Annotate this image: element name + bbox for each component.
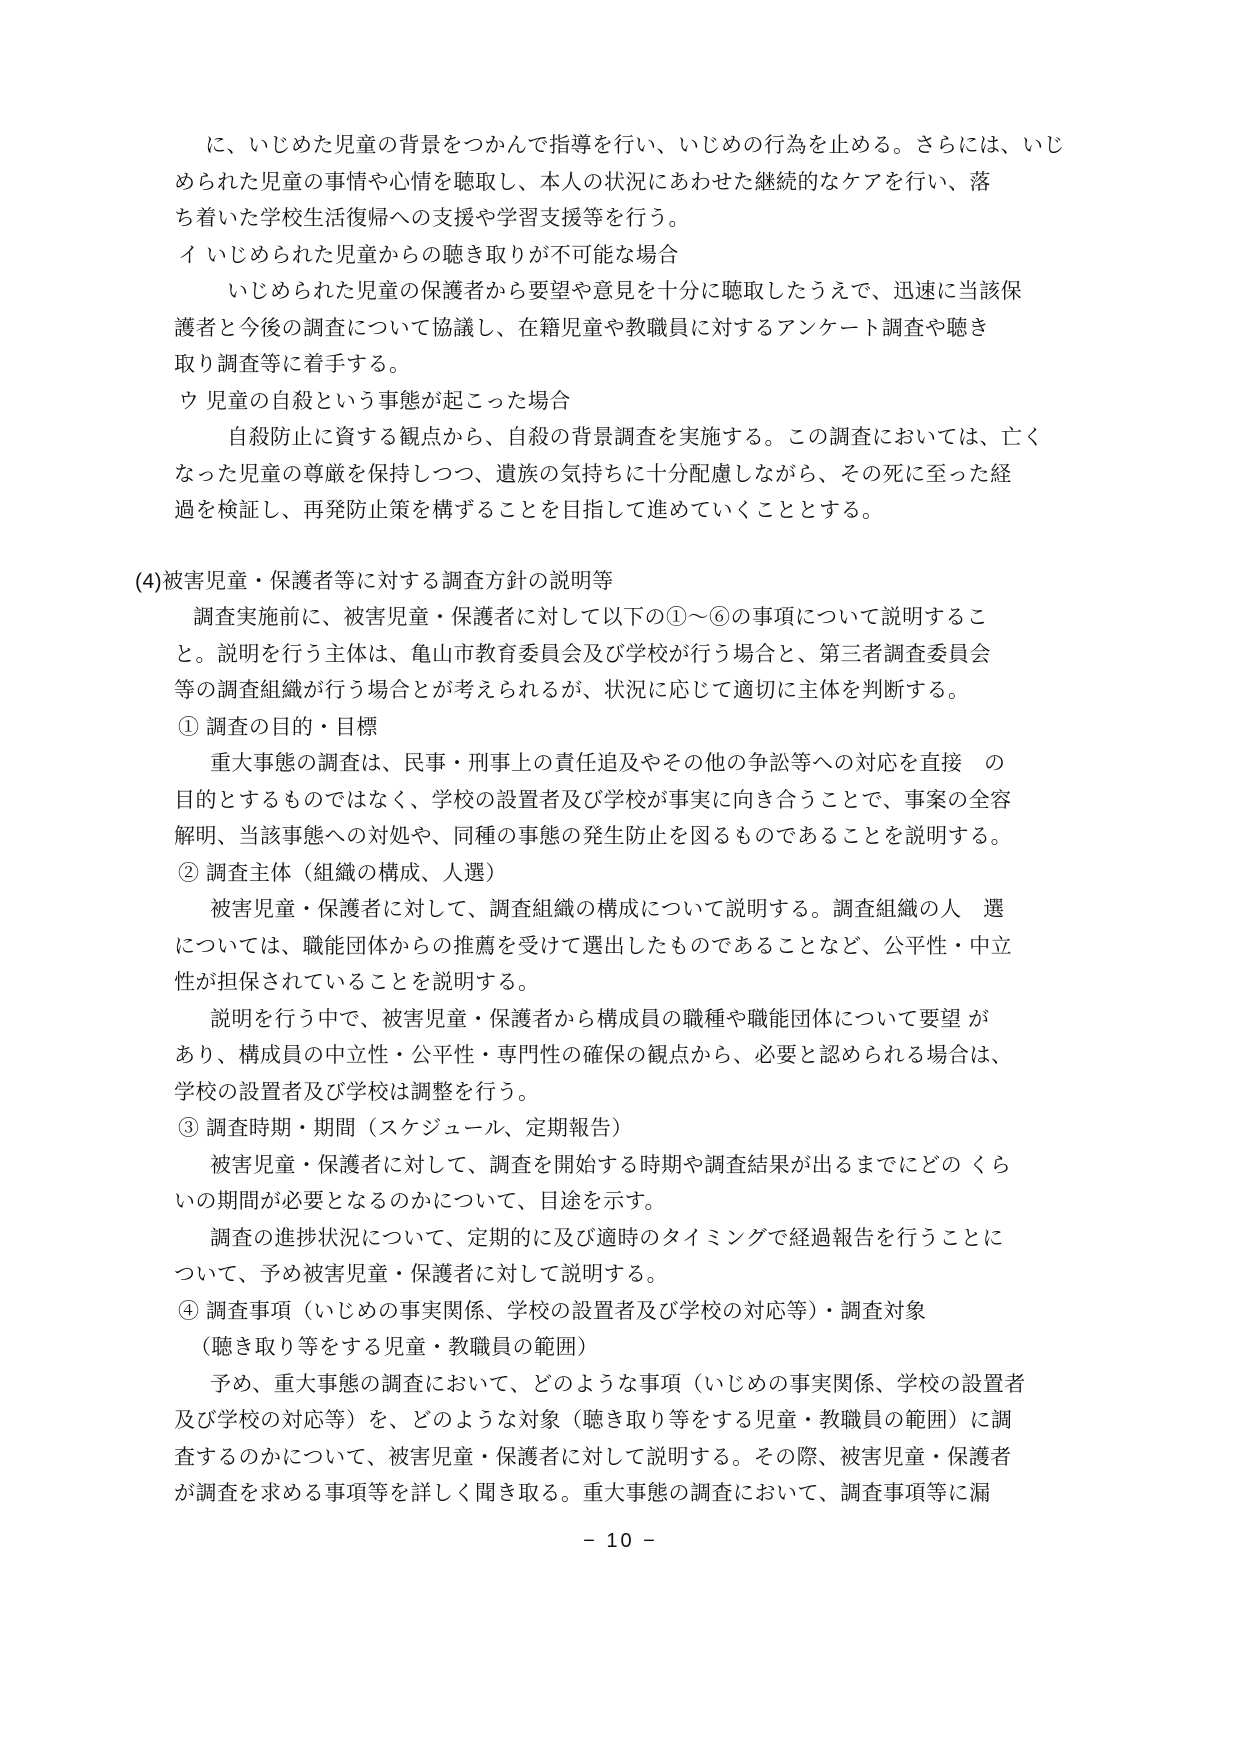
- doc-line: が調査を求める事項等を詳しく聞き取る。重大事態の調査において、調査事項等に漏: [0, 1476, 1241, 1513]
- doc-line: められた児童の事情や心情を聴取し、本人の状況にあわせた継続的なケアを行い、落: [0, 165, 1241, 202]
- document-body: に、いじめた児童の背景をつかんで指導を行い、いじめの行為を止める。さらには、いじ…: [0, 128, 1241, 1559]
- doc-line: ついて、予め被害児童・保護者に対して説明する。: [0, 1257, 1241, 1294]
- item-3-header: ③ 調査時期・期間（スケジュール、定期報告）: [0, 1111, 1241, 1148]
- doc-line: 被害児童・保護者に対して、調査を開始する時期や調査結果が出るまでにどの くら: [0, 1148, 1241, 1185]
- doc-line: 学校の設置者及び学校は調整を行う。: [0, 1075, 1241, 1112]
- doc-line: ち着いた学校生活復帰への支援や学習支援等を行う。: [0, 201, 1241, 238]
- document-page: { "page": { "number": "− 10 −" }, "conte…: [0, 0, 1241, 1755]
- page-number: − 10 −: [0, 1523, 1241, 1559]
- doc-line: 被害児童・保護者に対して、調査組織の構成について説明する。調査組織の人 選: [0, 892, 1241, 929]
- doc-line: 説明を行う中で、被害児童・保護者から構成員の職種や職能団体について要望 が: [0, 1002, 1241, 1039]
- doc-line: 自殺防止に資する観点から、自殺の背景調査を実施する。この調査においては、亡く: [0, 420, 1241, 457]
- item-2-header: ② 調査主体（組織の構成、人選）: [0, 856, 1241, 893]
- doc-line: 性が担保されていることを説明する。: [0, 965, 1241, 1002]
- item-4-header: ④ 調査事項（いじめの事実関係、学校の設置者及び学校の対応等）・調査対象: [0, 1294, 1241, 1331]
- doc-line: 過を検証し、再発防止策を構ずることを目指して進めていくこととする。: [0, 493, 1241, 530]
- doc-line: 予め、重大事態の調査において、どのような事項（いじめの事実関係、学校の設置者: [0, 1367, 1241, 1404]
- doc-line: なった児童の尊厳を保持しつつ、遺族の気持ちに十分配慮しながら、その死に至った経: [0, 457, 1241, 494]
- item-i-header: イ いじめられた児童からの聴き取りが不可能な場合: [0, 238, 1241, 275]
- doc-line: と。説明を行う主体は、亀山市教育委員会及び学校が行う場合と、第三者調査委員会: [0, 637, 1241, 674]
- item-4-subheader: （聴き取り等をする児童・教職員の範囲）: [0, 1330, 1241, 1367]
- section-4-heading: (4)被害児童・保護者等に対する調査方針の説明等: [0, 564, 1241, 601]
- doc-line: 取り調査等に着手する。: [0, 347, 1241, 384]
- doc-line: いの期間が必要となるのかについて、目途を示す。: [0, 1184, 1241, 1221]
- doc-line: 等の調査組織が行う場合とが考えられるが、状況に応じて適切に主体を判断する。: [0, 673, 1241, 710]
- doc-line: については、職能団体からの推薦を受けて選出したものであることなど、公平性・中立: [0, 929, 1241, 966]
- doc-line: 調査の進捗状況について、定期的に及び適時のタイミングで経過報告を行うことに: [0, 1221, 1241, 1258]
- item-1-header: ① 調査の目的・目標: [0, 710, 1241, 747]
- doc-line: 護者と今後の調査について協議し、在籍児童や教職員に対するアンケート調査や聴き: [0, 311, 1241, 348]
- doc-line: あり、構成員の中立性・公平性・専門性の確保の観点から、必要と認められる場合は、: [0, 1038, 1241, 1075]
- item-u-header: ウ 児童の自殺という事態が起こった場合: [0, 384, 1241, 421]
- doc-line: に、いじめた児童の背景をつかんで指導を行い、いじめの行為を止める。さらには、いじ: [0, 128, 1241, 165]
- doc-line: 及び学校の対応等）を、どのような対象（聴き取り等をする児童・教職員の範囲）に調: [0, 1403, 1241, 1440]
- doc-line: 目的とするものではなく、学校の設置者及び学校が事実に向き合うことで、事案の全容: [0, 783, 1241, 820]
- doc-line: 調査実施前に、被害児童・保護者に対して以下の①～⑥の事項について説明するこ: [0, 600, 1241, 637]
- doc-line: 解明、当該事態への対処や、同種の事態の発生防止を図るものであることを説明する。: [0, 819, 1241, 856]
- doc-line: いじめられた児童の保護者から要望や意見を十分に聴取したうえで、迅速に当該保: [0, 274, 1241, 311]
- doc-line: 査するのかについて、被害児童・保護者に対して説明する。その際、被害児童・保護者: [0, 1440, 1241, 1477]
- doc-line: 重大事態の調査は、民事・刑事上の責任追及やその他の争訟等への対応を直接 の: [0, 746, 1241, 783]
